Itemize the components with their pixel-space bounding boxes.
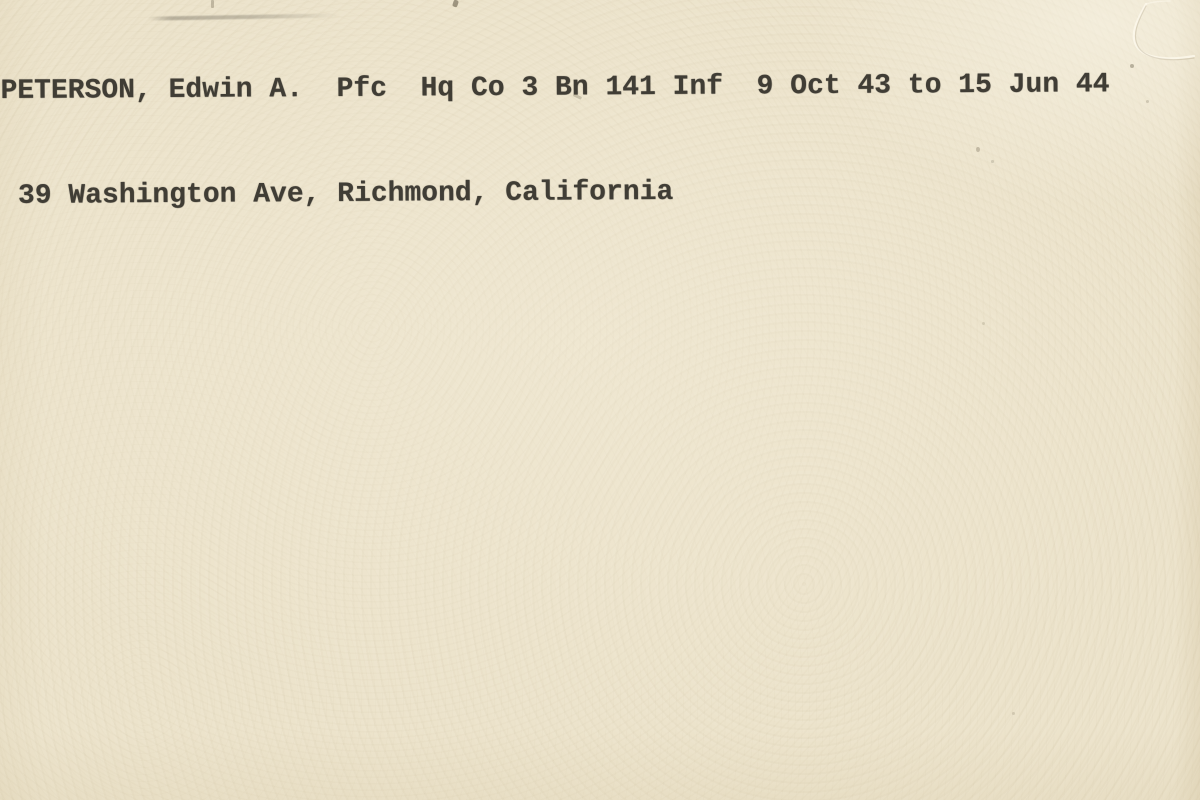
crease-mark	[1080, 0, 1200, 130]
ink-speck	[991, 160, 994, 163]
ink-speck	[976, 147, 980, 152]
ink-speck	[211, 0, 214, 8]
typewritten-text: PETERSON, Edwin A. Pfc Hq Co 3 Bn 141 In…	[0, 0, 1111, 284]
ink-speck	[1130, 64, 1134, 68]
index-card: PETERSON, Edwin A. Pfc Hq Co 3 Bn 141 In…	[0, 0, 1200, 800]
ink-speck	[1012, 712, 1015, 715]
ink-speck	[982, 322, 985, 325]
ink-speck	[1146, 100, 1149, 103]
address-line: 39 Washington Ave, Richmond, California	[1, 172, 1110, 214]
service-record-line: PETERSON, Edwin A. Pfc Hq Co 3 Bn 141 In…	[0, 67, 1109, 109]
